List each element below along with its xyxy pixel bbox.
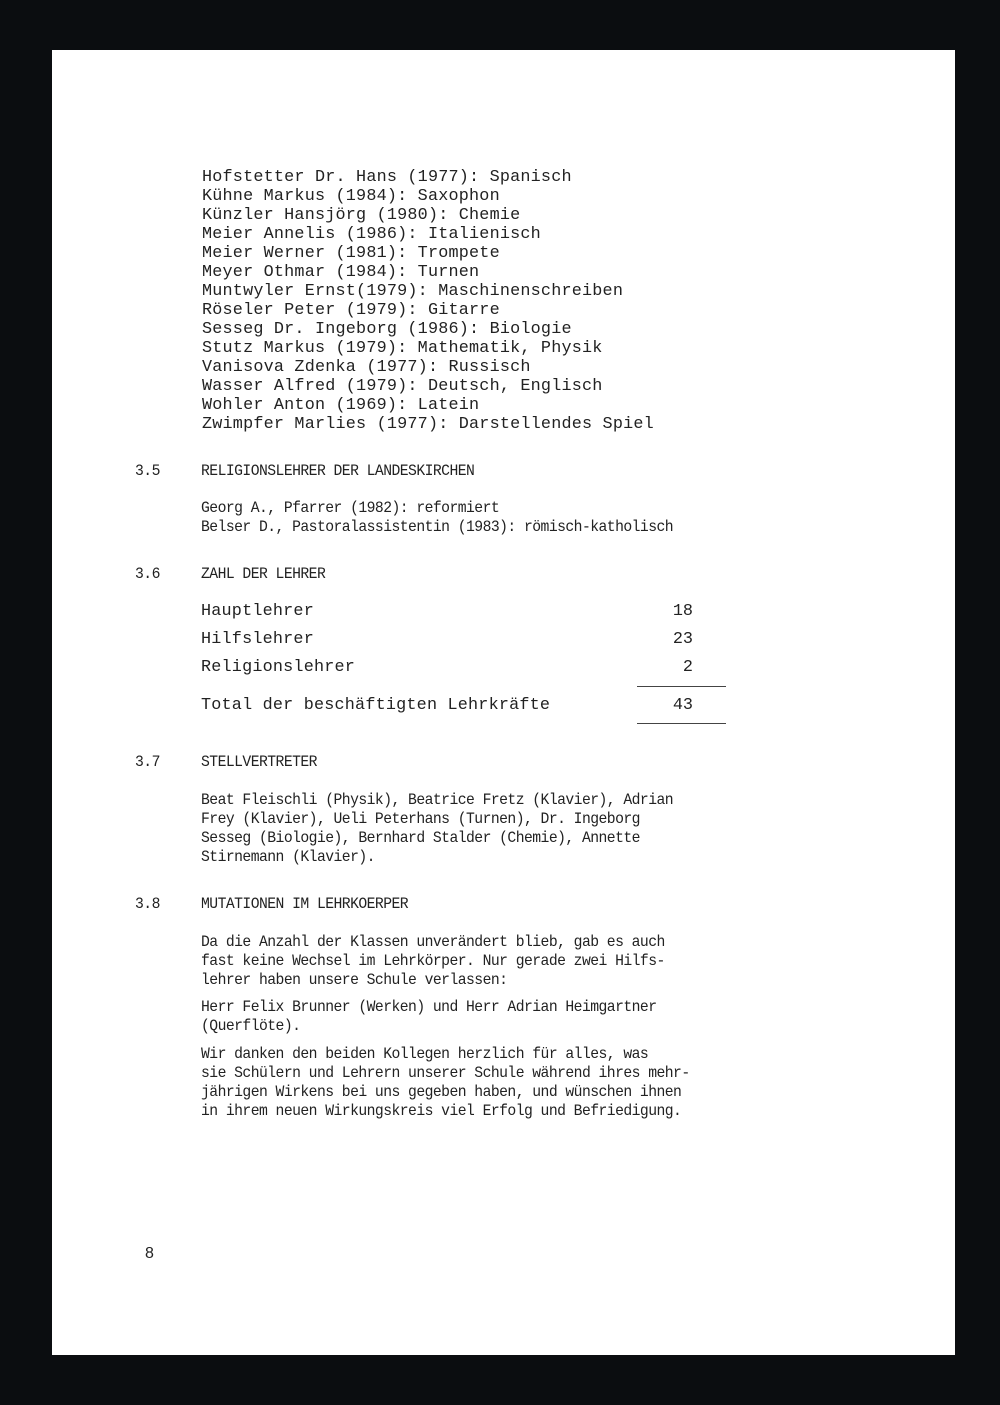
section-line: Sesseg (Biologie), Bernhard Stalder (Che… bbox=[201, 829, 640, 848]
section-line: Georg A., Pfarrer (1982): reformiert bbox=[201, 499, 499, 518]
paragraph-line: sie Schülern und Lehrern unserer Schule … bbox=[201, 1064, 690, 1083]
page-number: 8 bbox=[145, 1244, 154, 1263]
count-label: Hauptlehrer bbox=[201, 602, 314, 621]
section-title: RELIGIONSLEHRER DER LANDESKIRCHEN bbox=[201, 462, 474, 481]
paragraph-line: Da die Anzahl der Klassen unverändert bl… bbox=[201, 933, 665, 952]
section-number: 3.8 bbox=[135, 895, 160, 914]
section-line: Frey (Klavier), Ueli Peterhans (Turnen),… bbox=[201, 810, 640, 829]
paragraph-line: in ihrem neuen Wirkungskreis viel Erfolg… bbox=[201, 1102, 681, 1121]
total-value: 43 bbox=[673, 696, 693, 715]
section-title: STELLVERTRETER bbox=[201, 753, 317, 772]
list-item: Meyer Othmar (1984): Turnen bbox=[202, 263, 479, 282]
count-label: Religionslehrer bbox=[201, 658, 355, 677]
paragraph-line: fast keine Wechsel im Lehrkörper. Nur ge… bbox=[201, 952, 665, 971]
count-label: Hilfslehrer bbox=[201, 630, 314, 649]
paragraph-line: jährigen Wirkens bei uns gegeben haben, … bbox=[201, 1083, 681, 1102]
section-number: 3.7 bbox=[135, 753, 160, 772]
paragraph-line: Herr Felix Brunner (Werken) und Herr Adr… bbox=[201, 998, 656, 1017]
list-item: Meier Annelis (1986): Italienisch bbox=[202, 225, 541, 244]
list-item: Wohler Anton (1969): Latein bbox=[202, 396, 479, 415]
total-label: Total der beschäftigten Lehrkräfte bbox=[201, 696, 550, 715]
list-item: Hofstetter Dr. Hans (1977): Spanisch bbox=[202, 168, 572, 187]
paragraph-line: (Querflöte). bbox=[201, 1017, 300, 1036]
list-item: Röseler Peter (1979): Gitarre bbox=[202, 301, 500, 320]
list-item: Künzler Hansjörg (1980): Chemie bbox=[202, 206, 520, 225]
section-number: 3.6 bbox=[135, 565, 160, 584]
document-page: Hofstetter Dr. Hans (1977): Spanisch Küh… bbox=[52, 50, 955, 1355]
count-value: 18 bbox=[673, 602, 693, 621]
list-item: Kühne Markus (1984): Saxophon bbox=[202, 187, 500, 206]
list-item: Meier Werner (1981): Trompete bbox=[202, 244, 500, 263]
list-item: Vanisova Zdenka (1977): Russisch bbox=[202, 358, 531, 377]
section-line: Belser D., Pastoralassistentin (1983): r… bbox=[201, 518, 673, 537]
list-item: Zwimpfer Marlies (1977): Darstellendes S… bbox=[202, 415, 654, 434]
section-line: Beat Fleischli (Physik), Beatrice Fretz … bbox=[201, 791, 673, 810]
section-title: ZAHL DER LEHRER bbox=[201, 565, 325, 584]
section-number: 3.5 bbox=[135, 462, 160, 481]
list-item: Sesseg Dr. Ingeborg (1986): Biologie bbox=[202, 320, 572, 339]
list-item: Muntwyler Ernst(1979): Maschinenschreibe… bbox=[202, 282, 623, 301]
list-item: Stutz Markus (1979): Mathematik, Physik bbox=[202, 339, 603, 358]
count-value: 2 bbox=[683, 658, 693, 677]
count-value: 23 bbox=[673, 630, 693, 649]
list-item: Wasser Alfred (1979): Deutsch, Englisch bbox=[202, 377, 603, 396]
paragraph-line: lehrer haben unsere Schule verlassen: bbox=[201, 971, 507, 990]
sum-rule bbox=[637, 686, 726, 687]
paragraph-line: Wir danken den beiden Kollegen herzlich … bbox=[201, 1045, 648, 1064]
section-line: Stirnemann (Klavier). bbox=[201, 848, 375, 867]
section-title: MUTATIONEN IM LEHRKOERPER bbox=[201, 895, 408, 914]
total-rule bbox=[637, 723, 726, 724]
